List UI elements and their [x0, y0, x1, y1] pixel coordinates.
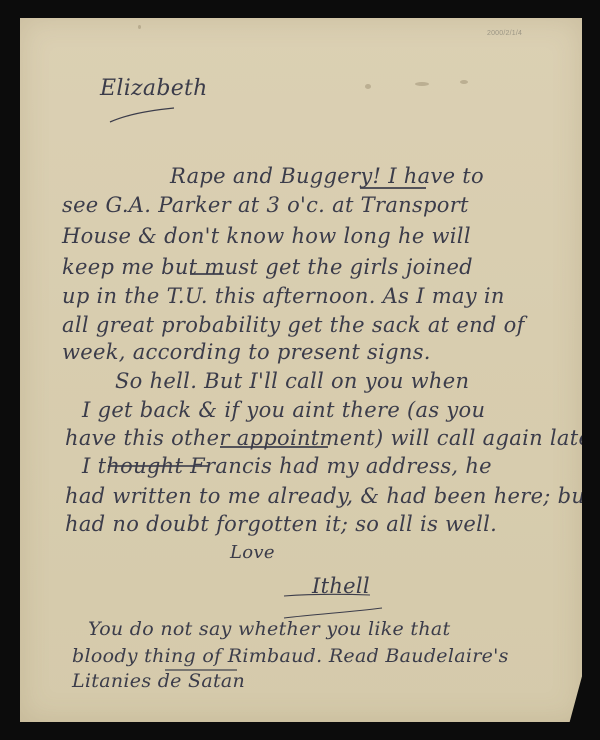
- letter-page: 2000/2/1/4 Elizabeth Rape and Buggery! I…: [20, 18, 582, 722]
- closing: Love: [230, 542, 275, 563]
- paper-stain: [138, 25, 141, 29]
- underline: [360, 187, 426, 189]
- underline: [165, 669, 237, 671]
- paper-stain: [365, 84, 371, 89]
- letter-line: see G.A. Parker at 3 o'c. at Transport: [62, 193, 469, 217]
- letter-line: had written to me already, & had been he…: [65, 484, 594, 508]
- underline: [190, 273, 224, 275]
- letter-line: House & don't know how long he will: [62, 224, 471, 248]
- letter-line: had no doubt forgotten it; so all is wel…: [65, 512, 497, 536]
- postscript-line: Litanies de Satan: [72, 670, 245, 692]
- document-viewer: 2000/2/1/4 Elizabeth Rape and Buggery! I…: [0, 0, 600, 740]
- letter-line: have this other appointment) will call a…: [65, 426, 600, 450]
- paper-stain: [460, 80, 468, 84]
- signature-flourish: [282, 586, 390, 620]
- letter-line: Rape and Buggery! I have to: [170, 164, 484, 188]
- underline: [220, 446, 328, 448]
- letter-line: keep me but must get the girls joined: [62, 255, 473, 279]
- postscript-line: You do not say whether you like that: [88, 618, 450, 640]
- salutation: Elizabeth: [100, 76, 208, 101]
- letter-line: So hell. But I'll call on you when: [115, 369, 469, 393]
- salutation-flourish: [108, 106, 178, 124]
- postscript-line: bloody thing of Rimbaud. Read Baudelaire…: [72, 645, 509, 667]
- paper-stain: [415, 82, 429, 86]
- strike-through: [108, 465, 208, 467]
- letter-line: all great probability get the sack at en…: [62, 313, 525, 337]
- letter-line: I get back & if you aint there (as you: [82, 398, 485, 422]
- archive-reference: 2000/2/1/4: [487, 30, 522, 37]
- letter-line: up in the T.U. this afternoon. As I may …: [62, 284, 505, 308]
- letter-line: week, according to present signs.: [62, 340, 431, 364]
